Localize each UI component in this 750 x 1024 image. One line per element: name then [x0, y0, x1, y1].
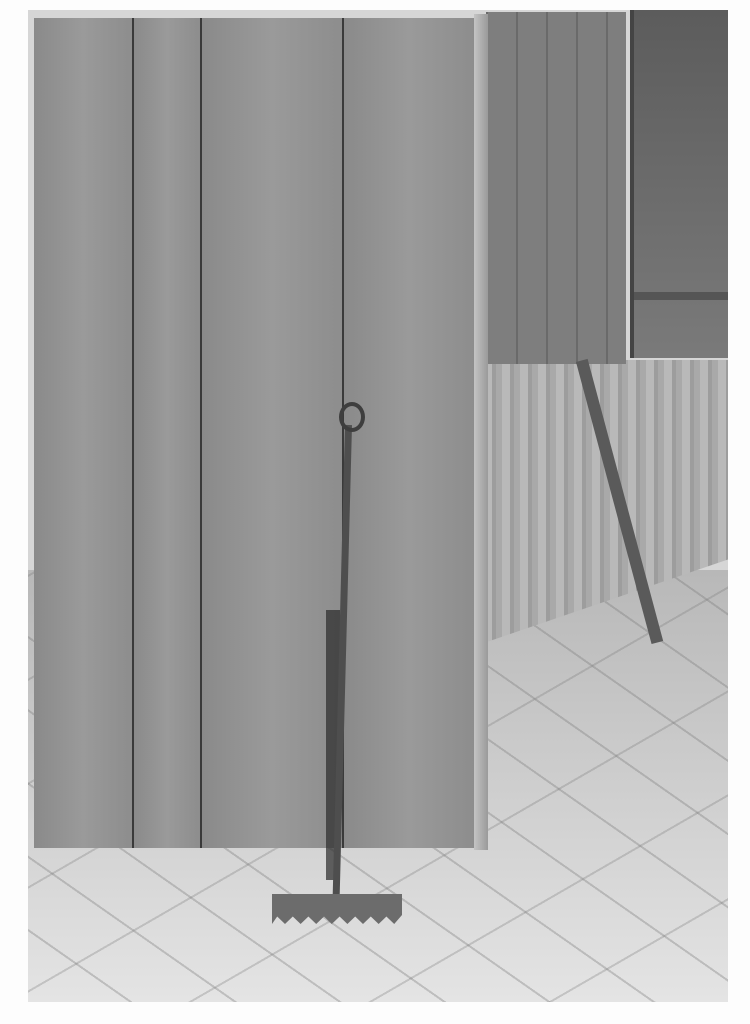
photograph [28, 10, 728, 1002]
door-plank [34, 18, 134, 848]
rake-ring [339, 402, 365, 432]
door-plank [344, 18, 474, 848]
door-plank [202, 18, 344, 848]
window [630, 10, 728, 358]
door-edge [474, 14, 488, 850]
wooden-door [34, 18, 474, 848]
wooden-shutter [486, 12, 626, 364]
door-plank [134, 18, 202, 848]
